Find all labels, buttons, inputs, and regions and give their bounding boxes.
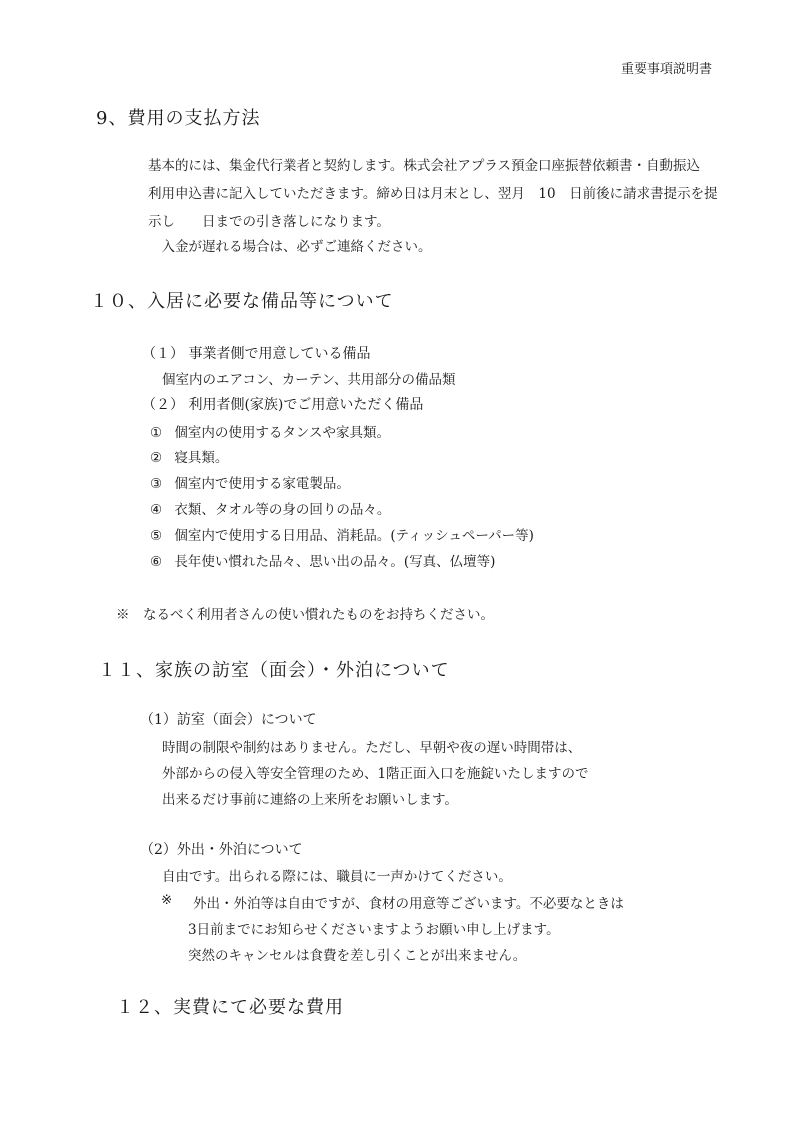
item-number: ④ <box>150 502 162 518</box>
section-11-sub1-line-1: 時間の制限や制約はありません。ただし、早朝や夜の遅い時間帯は、 <box>162 736 581 756</box>
section-11-note-line-1: 外出・外泊等は自由ですが、食材の用意等ございます。不必要なときは <box>193 892 624 912</box>
section-10-sub1-label: （１） 事業者側で用意している備品 <box>142 343 370 363</box>
section-11-note-line-2: 3日前までにお知らせくださいますようお願い申し上げます。 <box>188 918 560 938</box>
section-9-line-3: 示し 日までの引き落しになります。 <box>148 209 390 235</box>
section-10-sub2-label: （２） 利用者側(家族)でご用意いただく備品 <box>142 394 423 414</box>
section-10-sub1-text: 個室内のエアコン、カーテン、共用部分の備品類 <box>162 368 456 388</box>
section-11-sub1-label: （1）訪室（面会）について <box>140 709 317 729</box>
item-number: ⑥ <box>150 554 162 570</box>
item-text: 長年使い慣れた品々、思い出の品々。(写真、仏壇等) <box>174 554 495 570</box>
list-item: ⑥ 長年使い慣れた品々、思い出の品々。(写真、仏壇等) <box>150 550 495 570</box>
section-10-note: ※ なるべく利用者さんの使い慣れたものをお持ちください。 <box>116 603 494 623</box>
section-11-sub1-line-2: 外部からの侵入等安全管理のため、1階正面入口を施錠いたしますので <box>162 762 589 782</box>
item-number: ② <box>150 450 162 466</box>
section-10-heading: １０、入居に必要な備品等について <box>90 287 394 313</box>
section-11-sub2-line-1: 自由です。出られる際には、職員に一声かけてください。 <box>162 865 512 885</box>
item-text: 個室内で使用する家電製品。 <box>174 476 350 492</box>
note-mark: ※ <box>161 892 172 908</box>
section-11-heading: １１、家族の訪室（面会）・外泊について <box>98 656 450 682</box>
item-number: ⑤ <box>150 528 162 544</box>
section-9-line-2: 利用申込書に記入していただきます。締め日は月末とし、翌月 10 日前後に請求書提… <box>148 181 718 207</box>
section-9-line-1: 基本的には、集金代行業者と契約します。株式会社アプラス預金口座振替依頼書・自動振… <box>148 153 700 179</box>
item-number: ① <box>150 425 162 441</box>
list-item: ① 個室内の使用するタンスや家具類。 <box>150 421 390 441</box>
section-9-heading: 9、費用の支払方法 <box>96 104 260 130</box>
section-12-heading: １２、実費にて必要な費用 <box>116 993 344 1019</box>
item-text: 個室内で使用する日用品、消耗品。(ティッシュペーパー等) <box>174 528 534 544</box>
section-9-line-4: 入金が遅れる場合は、必ずご連絡ください。 <box>148 234 432 260</box>
list-item: ⑤ 個室内で使用する日用品、消耗品。(ティッシュペーパー等) <box>150 524 534 544</box>
list-item: ② 寝具類。 <box>150 446 228 466</box>
section-11-sub1-line-3: 出来るだけ事前に連絡の上来所をお願いします。 <box>162 788 458 808</box>
section-11-note-line-3: 突然のキャンセルは食費を差し引くことが出来ません。 <box>188 944 526 964</box>
document-header-title: 重要事項説明書 <box>621 58 712 77</box>
item-text: 寝具類。 <box>174 450 228 466</box>
section-11-sub2-label: （2）外出・外泊について <box>140 839 303 859</box>
item-text: 個室内の使用するタンスや家具類。 <box>174 425 390 441</box>
item-text: 衣類、タオル等の身の回りの品々。 <box>174 502 390 518</box>
list-item: ③ 個室内で使用する家電製品。 <box>150 472 350 492</box>
item-number: ③ <box>150 476 162 492</box>
list-item: ④ 衣類、タオル等の身の回りの品々。 <box>150 498 390 518</box>
